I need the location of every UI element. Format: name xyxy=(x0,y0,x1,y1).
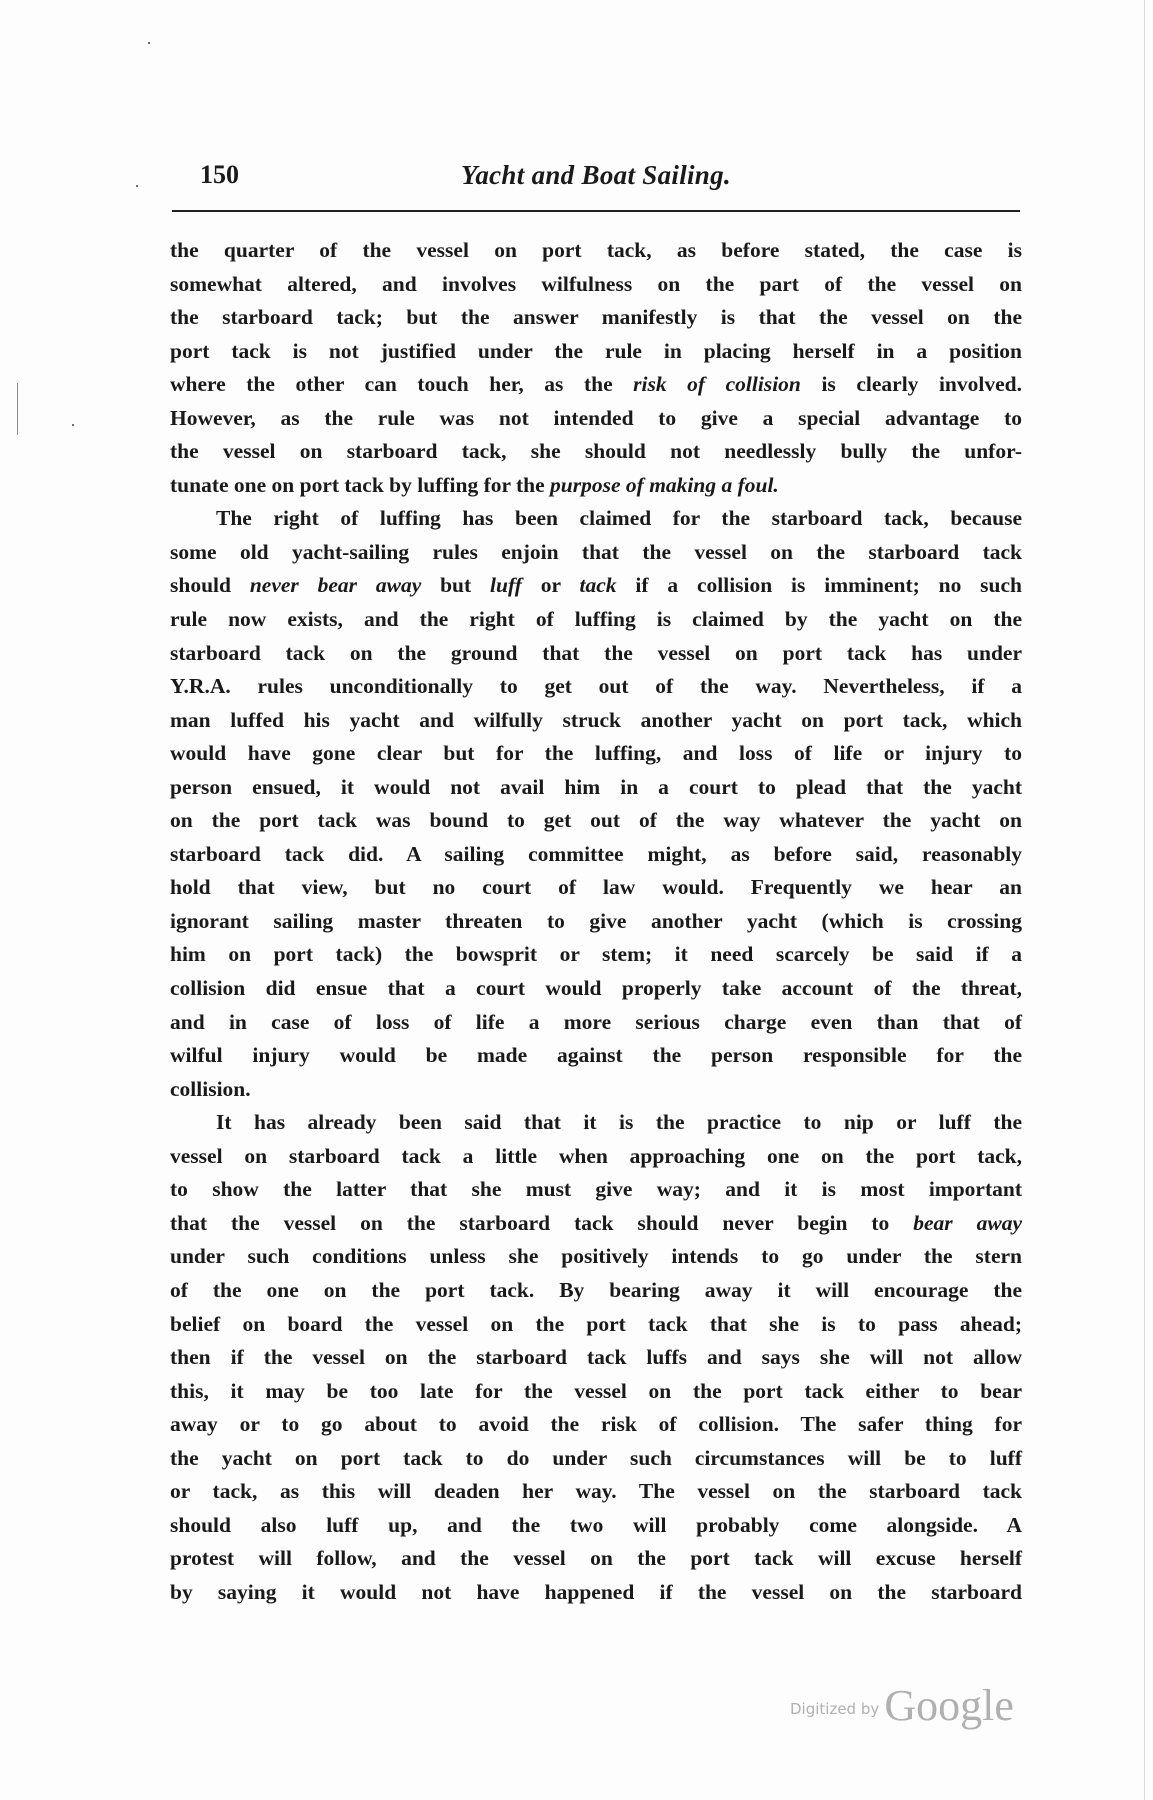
text-line: that the vessel on the starboard tack sh… xyxy=(170,1207,1022,1241)
text-line: him on port tack) the bowsprit or stem; … xyxy=(170,938,1022,972)
text-run: of the one on the port tack. By bearing … xyxy=(170,1278,1022,1302)
text-run: him on port tack) the bowsprit or stem; … xyxy=(170,942,1022,966)
text-line: then if the vessel on the starboard tack… xyxy=(170,1341,1022,1375)
italic-phrase: purpose of making a foul. xyxy=(550,473,779,497)
text-line: However, as the rule was not intended to… xyxy=(170,402,1022,436)
text-line: collision did ensue that a court would p… xyxy=(170,972,1022,1006)
text-run: port tack is not justified under the rul… xyxy=(170,339,1022,363)
text-run: collision. xyxy=(170,1077,251,1101)
text-run: on the port tack was bound to get out of… xyxy=(170,808,1022,832)
text-run: should xyxy=(170,573,250,597)
text-run: but xyxy=(421,573,490,597)
italic-phrase: bear away xyxy=(913,1211,1022,1235)
italic-phrase: tack xyxy=(580,573,617,597)
google-logo: Google xyxy=(884,1681,1014,1730)
text-line: protest will follow, and the vessel on t… xyxy=(170,1542,1022,1576)
text-run: The right of luffing has been claimed fo… xyxy=(216,506,1022,530)
text-line: by saying it would not have happened if … xyxy=(170,1576,1022,1610)
text-run: the starboard tack; but the answer manif… xyxy=(170,305,1022,329)
text-line: of the one on the port tack. By bearing … xyxy=(170,1274,1022,1308)
text-line: away or to go about to avoid the risk of… xyxy=(170,1408,1022,1442)
text-line: vessel on starboard tack a little when a… xyxy=(170,1140,1022,1174)
text-run: belief on board the vessel on the port t… xyxy=(170,1312,1022,1336)
text-line: hold that view, but no court of law woul… xyxy=(170,871,1022,905)
text-line: and in case of loss of life a more serio… xyxy=(170,1006,1022,1040)
text-line: should also luff up, and the two will pr… xyxy=(170,1509,1022,1543)
page-header: 150 Yacht and Boat Sailing. xyxy=(170,160,1022,200)
text-run: by saying it would not have happened if … xyxy=(170,1580,1022,1604)
italic-phrase: never bear away xyxy=(250,573,421,597)
text-line: some old yacht-sailing rules enjoin that… xyxy=(170,536,1022,570)
text-run: would have gone clear but for the luffin… xyxy=(170,741,1022,765)
text-run: collision did ensue that a court would p… xyxy=(170,976,1022,1000)
text-line: where the other can touch her, as the ri… xyxy=(170,368,1022,402)
text-line: tunate one on port tack by luffing for t… xyxy=(170,469,1022,503)
text-line: port tack is not justified under the rul… xyxy=(170,335,1022,369)
text-run: that the vessel on the starboard tack sh… xyxy=(170,1211,913,1235)
text-run: should also luff up, and the two will pr… xyxy=(170,1513,1022,1537)
text-run: hold that view, but no court of law woul… xyxy=(170,875,1022,899)
text-line: ignorant sailing master threaten to give… xyxy=(170,905,1022,939)
text-line: rule now exists, and the right of luffin… xyxy=(170,603,1022,637)
text-run: rule now exists, and the right of luffin… xyxy=(170,607,1022,631)
running-title: Yacht and Boat Sailing. xyxy=(170,160,1022,191)
text-line: starboard tack did. A sailing committee … xyxy=(170,838,1022,872)
text-run: man luffed his yacht and wilfully struck… xyxy=(170,708,1022,732)
digitized-by-google-watermark: Digitized by Google xyxy=(790,1680,1014,1731)
text-line: somewhat altered, and involves wilfulnes… xyxy=(170,268,1022,302)
header-rule xyxy=(172,210,1020,212)
text-run: to show the latter that she must give wa… xyxy=(170,1177,1022,1201)
text-run: is clearly involved. xyxy=(801,372,1022,396)
text-line: belief on board the vessel on the port t… xyxy=(170,1308,1022,1342)
text-run: and in case of loss of life a more serio… xyxy=(170,1010,1022,1034)
text-run: away or to go about to avoid the risk of… xyxy=(170,1412,1022,1436)
text-line: to show the latter that she must give wa… xyxy=(170,1173,1022,1207)
text-run: or tack, as this will deaden her way. Th… xyxy=(170,1479,1022,1503)
text-run: It has already been said that it is the … xyxy=(216,1110,1022,1134)
text-line: the quarter of the vessel on port tack, … xyxy=(170,234,1022,268)
text-run: tunate one on port tack by luffing for t… xyxy=(170,473,550,497)
text-run: starboard tack did. A sailing committee … xyxy=(170,842,1022,866)
text-run: starboard tack on the ground that the ve… xyxy=(170,641,1022,665)
text-line: It has already been said that it is the … xyxy=(170,1106,1022,1140)
italic-phrase: luff xyxy=(490,573,522,597)
text-run: wilful injury would be made against the … xyxy=(170,1043,1022,1067)
text-run: the quarter of the vessel on port tack, … xyxy=(170,238,1022,262)
text-run: protest will follow, and the vessel on t… xyxy=(170,1546,1022,1570)
text-line: under such conditions unless she positiv… xyxy=(170,1240,1022,1274)
text-line: the vessel on starboard tack, she should… xyxy=(170,435,1022,469)
text-run: where the other can touch her, as the xyxy=(170,372,633,396)
text-line: man luffed his yacht and wilfully struck… xyxy=(170,704,1022,738)
body-text: the quarter of the vessel on port tack, … xyxy=(170,234,1022,1609)
text-run: some old yacht-sailing rules enjoin that… xyxy=(170,540,1022,564)
text-run: if a collision is imminent; no such xyxy=(617,573,1022,597)
text-line: starboard tack on the ground that the ve… xyxy=(170,637,1022,671)
text-line: the yacht on port tack to do under such … xyxy=(170,1442,1022,1476)
text-run: under such conditions unless she positiv… xyxy=(170,1244,1022,1268)
text-line: person ensued, it would not avail him in… xyxy=(170,771,1022,805)
italic-phrase: risk of collision xyxy=(633,372,801,396)
text-run: somewhat altered, and involves wilfulnes… xyxy=(170,272,1022,296)
page-edge xyxy=(1144,0,1145,1800)
text-run: the vessel on starboard tack, she should… xyxy=(170,439,1022,463)
text-run: or xyxy=(522,573,580,597)
scan-speck xyxy=(136,185,138,187)
text-run: person ensued, it would not avail him in… xyxy=(170,775,1022,799)
text-run: vessel on starboard tack a little when a… xyxy=(170,1144,1022,1168)
text-run: ignorant sailing master threaten to give… xyxy=(170,909,1022,933)
text-line: should never bear away but luff or tack … xyxy=(170,569,1022,603)
text-line: collision. xyxy=(170,1073,1022,1107)
watermark-prefix: Digitized by xyxy=(790,1700,879,1718)
text-line: wilful injury would be made against the … xyxy=(170,1039,1022,1073)
text-line: this, it may be too late for the vessel … xyxy=(170,1375,1022,1409)
text-line: the starboard tack; but the answer manif… xyxy=(170,301,1022,335)
text-run: the yacht on port tack to do under such … xyxy=(170,1446,1022,1470)
text-run: this, it may be too late for the vessel … xyxy=(170,1379,1022,1403)
text-run: Y.R.A. rules unconditionally to get out … xyxy=(170,674,1022,698)
text-run: then if the vessel on the starboard tack… xyxy=(170,1345,1022,1369)
scan-speck xyxy=(72,424,74,426)
scan-speck xyxy=(148,42,150,44)
text-line: would have gone clear but for the luffin… xyxy=(170,737,1022,771)
text-line: The right of luffing has been claimed fo… xyxy=(170,502,1022,536)
text-line: on the port tack was bound to get out of… xyxy=(170,804,1022,838)
text-line: Y.R.A. rules unconditionally to get out … xyxy=(170,670,1022,704)
text-run: However, as the rule was not intended to… xyxy=(170,406,1022,430)
margin-mark xyxy=(17,383,18,435)
text-line: or tack, as this will deaden her way. Th… xyxy=(170,1475,1022,1509)
